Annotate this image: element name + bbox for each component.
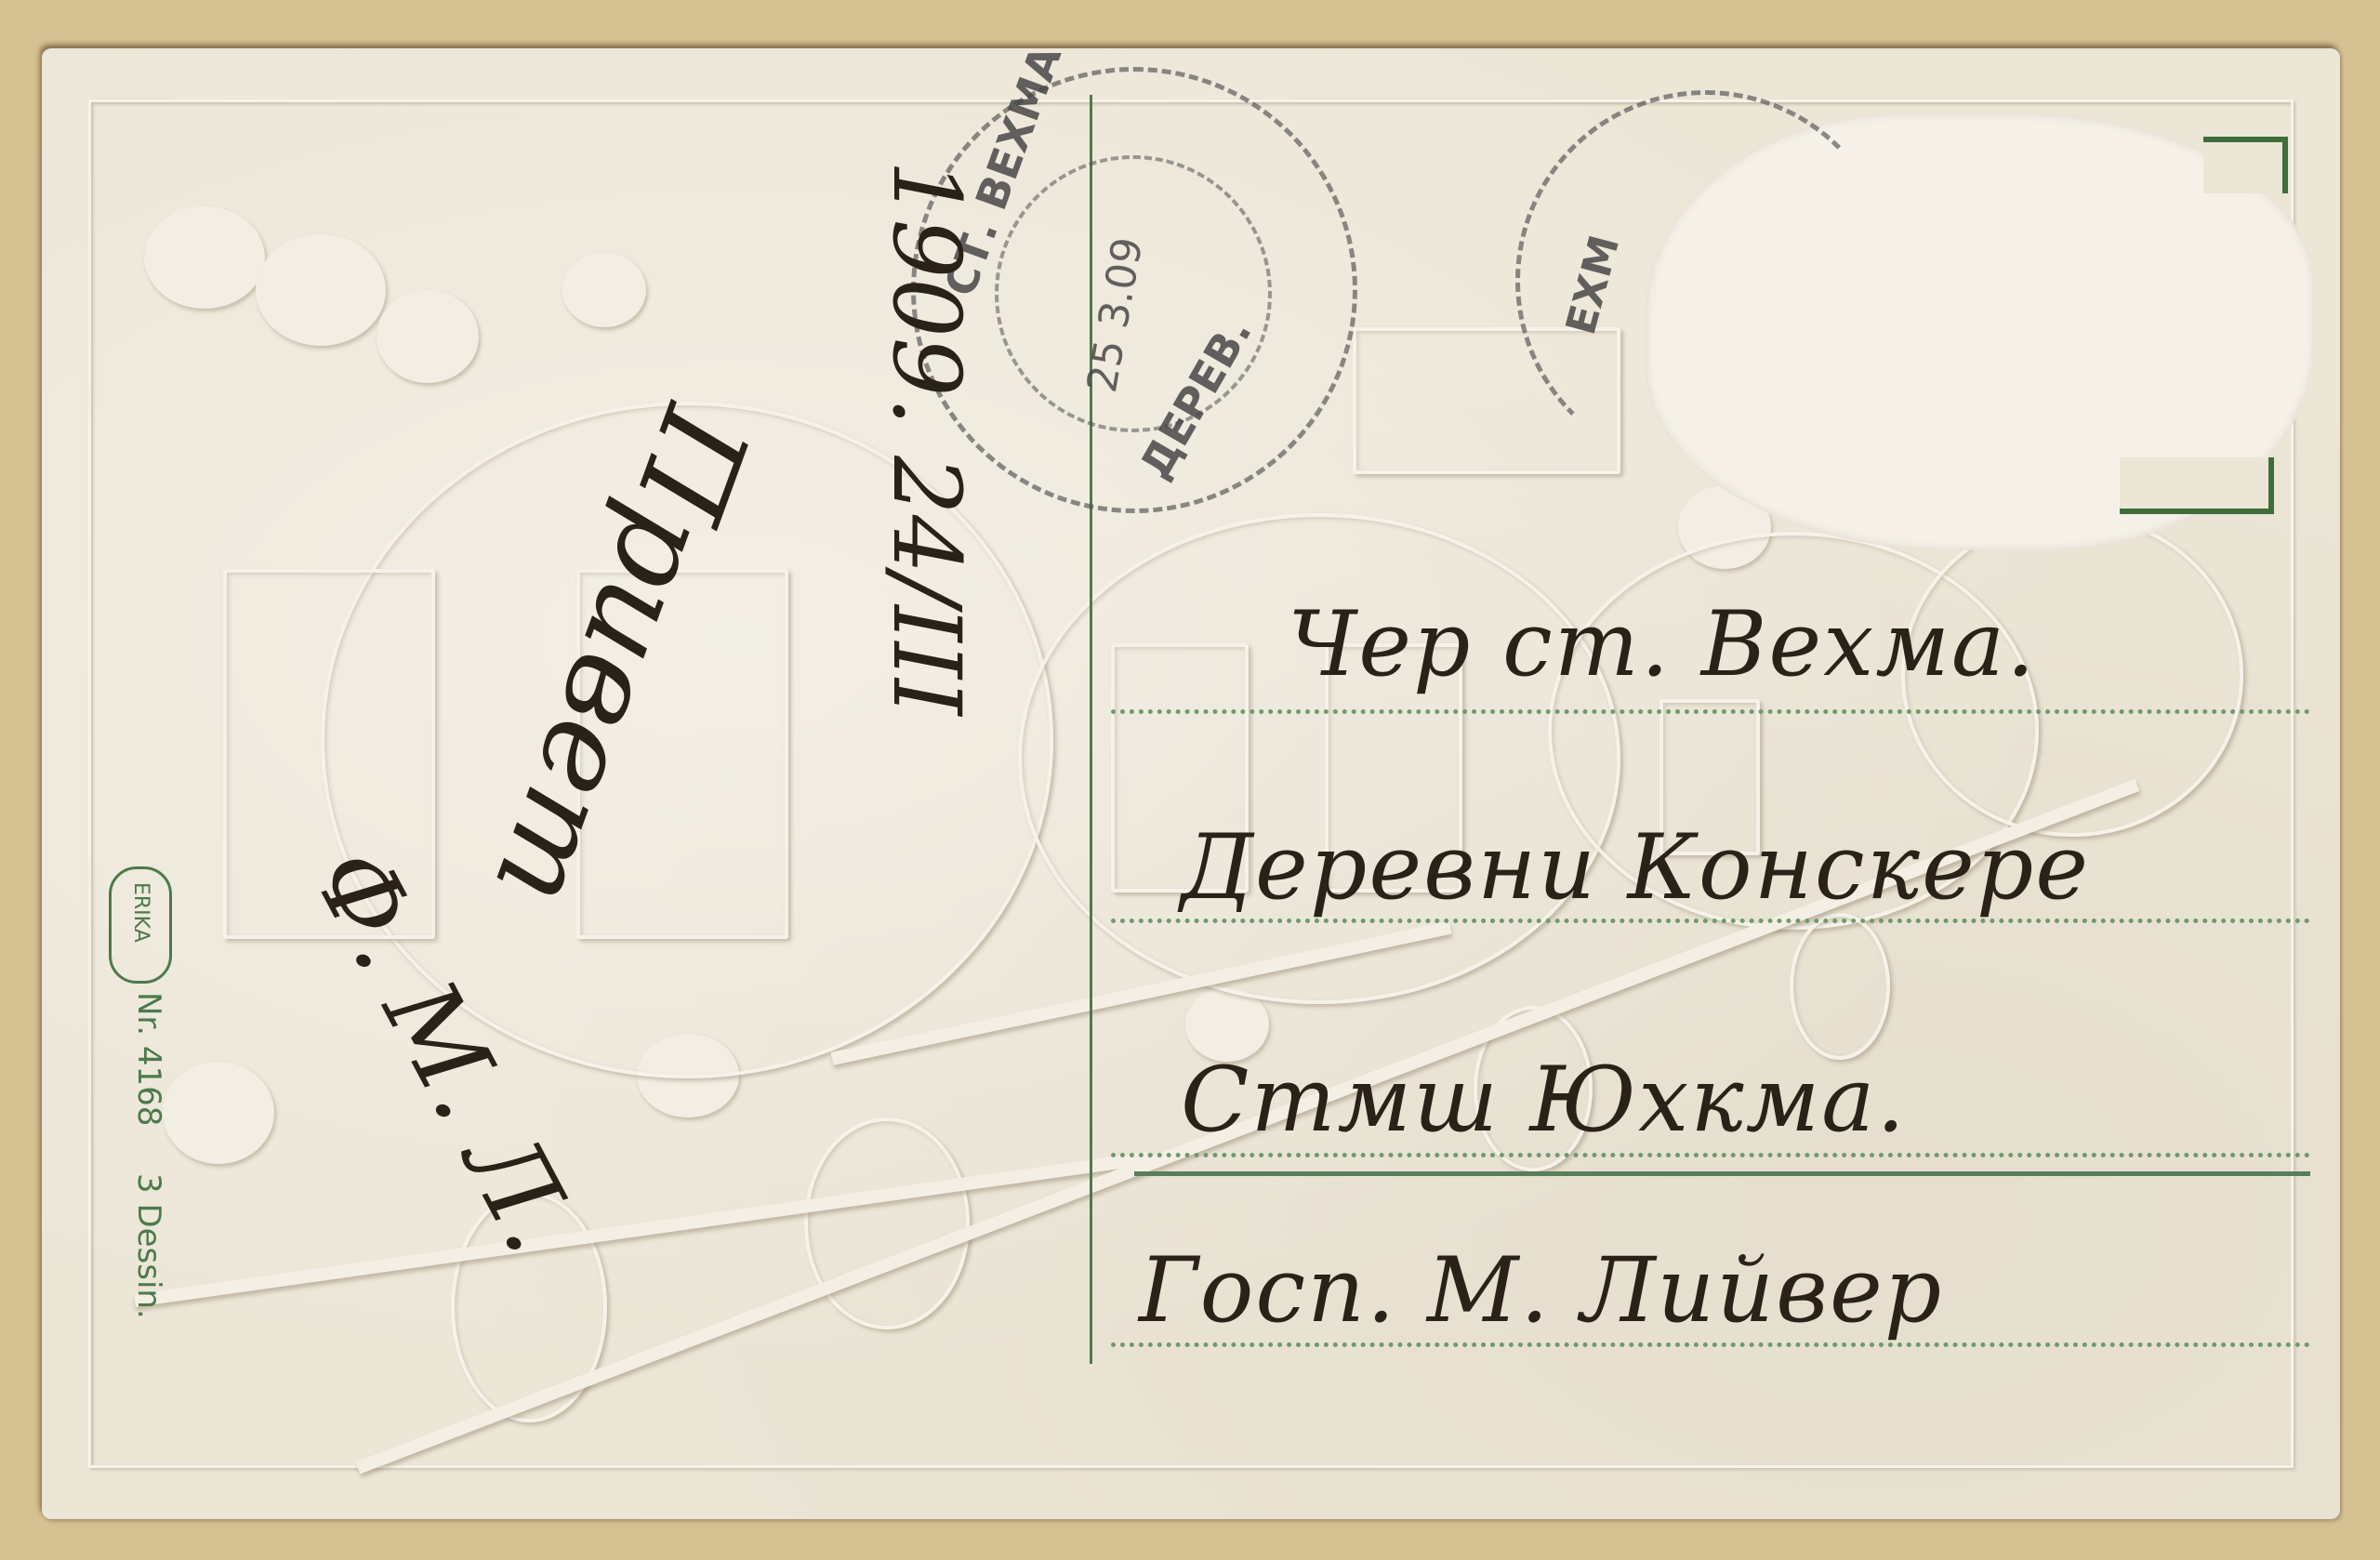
stamp-fragment-bottom [2120, 457, 2274, 514]
address-underline [1134, 1171, 2310, 1176]
stamp-fragment-top [2203, 137, 2288, 193]
embossed-flower [377, 290, 479, 383]
postmark-secondary: ЕХМ [1515, 90, 1897, 471]
address-text-line-1: Чер ст. Вехма. [1288, 592, 2037, 696]
embossed-flower [163, 1062, 274, 1164]
address-text-line-4: Госп. М. Лийвер [1139, 1238, 1943, 1342]
embossed-flower [144, 206, 265, 309]
postcard: ERIKA Nr. 4168 3 Dessin. СТ. ВЕХМА ДЕРЕВ… [42, 48, 2340, 1519]
publisher-logo-erika: ERIKA [109, 866, 172, 984]
embossed-egg-carriage [1018, 513, 1620, 1004]
publisher-design-note: 3 Dessin. [130, 1173, 167, 1319]
address-line-4 [1111, 1342, 2310, 1347]
address-line-1 [1111, 709, 2310, 714]
postmark-secondary-text: ЕХМ [1557, 231, 1629, 339]
publisher-logo-text: ERIKA [129, 882, 152, 943]
publisher-catalog-number: Nr. 4168 [130, 992, 167, 1126]
address-text-line-2: Деревни Конскере [1181, 815, 2090, 919]
message-date: 1909. 24/III [872, 160, 981, 716]
address-line-3 [1111, 1153, 2310, 1157]
embossed-wheel [804, 1117, 970, 1329]
embossed-flower [562, 253, 646, 327]
embossed-flower [256, 234, 386, 346]
embossed-wheel [1790, 913, 1890, 1060]
address-text-line-3: Стмш Юхкма. [1181, 1048, 1907, 1152]
